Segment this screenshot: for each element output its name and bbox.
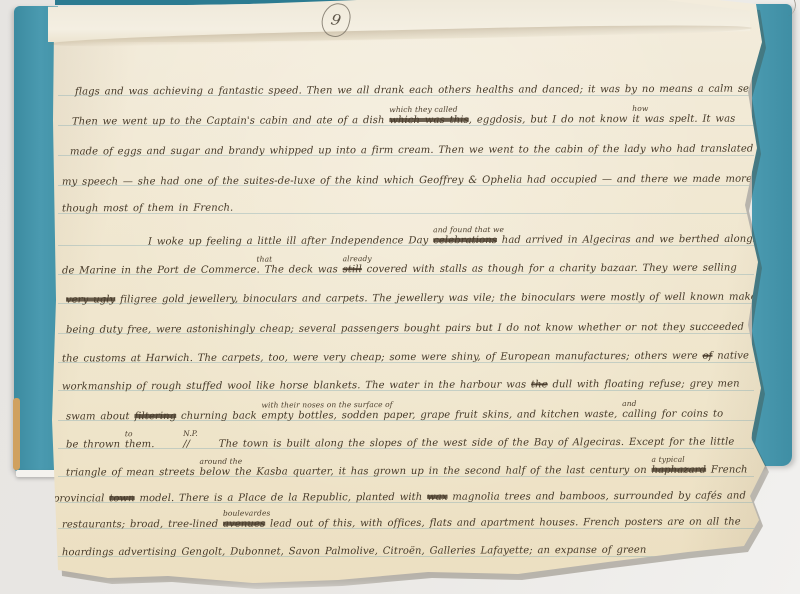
handwriting-segment: be thrown: [66, 439, 125, 450]
strikethrough-text: town: [109, 493, 135, 504]
inline-insertion: already: [343, 255, 372, 263]
handwriting-segment: stillalready: [343, 264, 362, 275]
handwriting-segment: //N.P.: [183, 439, 190, 450]
handwriting-segment: provincial: [53, 493, 109, 504]
handwritten-text: I woke up feeling a little ill after Ind…: [148, 235, 433, 247]
manuscript-line: swam about filtering churning back empty…: [66, 407, 723, 425]
handwriting-segment: , eggdosis, but I do not know: [469, 114, 633, 126]
handwritten-text: dull with floating refuse; grey men: [548, 379, 740, 391]
handwriting-segment: flags and was achieving a fantastic spee…: [75, 84, 758, 98]
manuscript-line: I woke up feeling a little ill after Ind…: [148, 232, 800, 250]
handwriting-segment: churning back: [176, 411, 261, 422]
manuscript-line: provincial town model. There is a Place …: [53, 488, 746, 506]
manuscript-line: workmanship of rough stuffed wool like h…: [62, 377, 740, 395]
handwriting-segment: them.to: [125, 439, 155, 450]
inline-insertion: and: [622, 400, 636, 408]
manuscript-line: my speech — she had one of the suites-de…: [62, 171, 800, 189]
handwritten-text: filigree gold jewellery, binoculars and …: [115, 291, 791, 305]
strikethrough-text: filtering: [134, 411, 176, 422]
handwriting-segment: Then we went up to the Captain's cabin a…: [72, 115, 389, 127]
manuscript-line: being duty free, were astonishingly chea…: [66, 319, 800, 337]
handwriting-segment: workmanship of rough stuffed wool like h…: [62, 379, 531, 392]
handwriting-segment: de Marine in the Port de Commerce: [62, 265, 257, 277]
photograph-of-manuscript-page: flags and was achieving a fantastic spee…: [0, 0, 800, 594]
inline-insertion: to: [125, 430, 133, 438]
handwriting-segment: . that: [257, 265, 265, 276]
handwritten-text: magnolia trees and bamboos, surrounded b…: [448, 490, 746, 502]
strikethrough-text: wax: [427, 492, 448, 503]
handwritten-text: was spelt. It was: [640, 114, 736, 125]
manuscript-line: be thrown them.to //N.P. The town is bui…: [66, 435, 734, 453]
handwriting-segment: ithow: [632, 114, 639, 125]
handwritten-text: hoardings advertising Gengolt, Dubonnet,…: [62, 545, 646, 559]
cover-board-white-edge: [16, 470, 58, 477]
handwritten-text: the customs at Harwich. The carpets, too…: [62, 351, 703, 365]
handwriting-segment: dull with floating refuse; grey men: [548, 379, 740, 391]
cover-board-tan-edge: [13, 398, 20, 470]
strikethrough-text: haphazard: [652, 465, 707, 476]
handwritten-text: empty bottles, sodden paper, grape fruit…: [261, 409, 617, 422]
handwriting-segment: haphazarda typical: [652, 465, 707, 476]
handwriting-segment: The deck was: [265, 264, 343, 275]
strikethrough-text: which was this: [389, 115, 469, 126]
handwritten-text: below: [200, 467, 231, 478]
page-number: 9: [329, 10, 342, 30]
handwriting-segment: swam about: [66, 411, 134, 422]
strikethrough-text: the: [531, 379, 548, 390]
handwriting-segment: [154, 439, 183, 450]
handwritten-text: .: [257, 265, 265, 276]
inline-insertion: and found that we: [433, 226, 504, 234]
handwritten-text: the Kasba quarter, it has grown up in th…: [230, 465, 651, 478]
handwritten-text: though most of them in French.: [62, 203, 233, 215]
handwritten-text: restaurants; broad, tree-lined: [62, 519, 223, 531]
handwritten-text: flags and was achieving a fantastic spee…: [75, 84, 758, 98]
strikethrough-text: very ugly: [66, 294, 115, 305]
handwritten-text: French: [706, 465, 748, 476]
handwritten-text: , eggdosis, but I do not know: [469, 114, 633, 126]
handwritten-text: churning back: [176, 411, 261, 422]
manuscript-line: very ugly filigree gold jewellery, binoc…: [66, 289, 791, 307]
handwritten-text: triangle of mean streets: [66, 467, 200, 479]
handwritten-text: de Marine in the Port de Commerce: [62, 265, 257, 277]
handwriting-segment: restaurants; broad, tree-lined: [62, 519, 223, 531]
handwriting-segment: though most of them in French.: [62, 203, 233, 215]
handwriting-segment: made of eggs and sugar and brandy whippe…: [70, 144, 753, 158]
handwriting-segment: I woke up feeling a little ill after Ind…: [148, 235, 433, 247]
handwriting-segment: lead out of this, with offices, flats an…: [265, 517, 741, 530]
strikethrough-text: still: [343, 264, 362, 275]
inline-insertion: around the: [200, 458, 243, 466]
handwriting-segment: of: [703, 351, 713, 362]
manuscript-line: Then we went up to the Captain's cabin a…: [72, 112, 735, 130]
inline-insertion: boulevardes: [223, 510, 271, 518]
handwriting-segment: very ugly: [66, 294, 115, 305]
manuscript-line: made of eggs and sugar and brandy whippe…: [70, 142, 753, 160]
handwritten-text: my speech — she had one of the suites-de…: [62, 173, 800, 187]
handwriting-segment: was spelt. It was: [640, 114, 736, 125]
handwriting-segment: hoardings advertising Gengolt, Dubonnet,…: [62, 545, 646, 559]
manuscript-line: triangle of mean streets belowaround the…: [66, 463, 748, 481]
handwritten-text: them.: [125, 439, 155, 450]
manuscript-line: the customs at Harwich. The carpets, too…: [62, 349, 749, 367]
handwriting-segment: being duty free, were astonishingly chea…: [66, 321, 800, 335]
inline-insertion: with their noses on the surface of: [261, 401, 392, 410]
handwriting-segment: celebrationsand found that we: [433, 235, 497, 246]
handwritten-text: Then we went up to the Captain's cabin a…: [72, 115, 389, 127]
handwriting-segment: triangle of mean streets: [66, 467, 200, 479]
handwritten-text: //: [183, 439, 190, 450]
manuscript-line: hoardings advertising Gengolt, Dubonnet,…: [62, 543, 646, 561]
manuscript-line: flags and was achieving a fantastic spee…: [75, 82, 758, 100]
handwritten-text: made of eggs and sugar and brandy whippe…: [70, 144, 753, 158]
inline-insertion: that: [257, 256, 273, 264]
handwriting-segment: French: [706, 465, 748, 476]
inline-insertion: how: [632, 105, 648, 113]
handwritten-text: swam about: [66, 411, 134, 422]
handwriting-segment: avenuesboulevardes: [223, 519, 265, 530]
handwriting-segment: filtering: [134, 411, 176, 422]
handwritten-text: The deck was: [265, 264, 343, 275]
strikethrough-text: celebrations: [433, 235, 497, 246]
handwriting-segment: wax: [427, 492, 448, 503]
inline-insertion: a typical: [651, 456, 684, 464]
manuscript-line: restaurants; broad, tree-lined avenuesbo…: [62, 515, 741, 533]
handwriting-segment: my speech — she had one of the suites-de…: [62, 173, 800, 187]
handwritten-text: provincial: [53, 493, 109, 504]
handwriting-segment: empty bottles, sodden paper, grape fruit…: [261, 409, 617, 422]
handwriting-segment: the Kasba quarter, it has grown up in th…: [230, 465, 651, 478]
handwriting-segment: the: [531, 379, 548, 390]
handwriting-segment: model. There is a Place de la Republic, …: [135, 492, 427, 504]
book-cover-left-board: [14, 6, 58, 472]
handwriting-segment: town: [109, 493, 135, 504]
handwritten-text: [154, 439, 183, 450]
manuscript-line: de Marine in the Port de Commerce. thatT…: [62, 261, 737, 279]
handwriting-segment: belowaround the: [200, 467, 231, 478]
handwriting-segment: filigree gold jewellery, binoculars and …: [115, 291, 791, 305]
handwriting-segment: which was thiswhich they called: [389, 115, 469, 126]
page-paper: flags and was achieving a fantastic spee…: [48, 0, 772, 584]
handwritten-text: it: [632, 114, 639, 125]
handwritten-text: be thrown: [66, 439, 125, 450]
handwriting-segment: magnolia trees and bamboos, surrounded b…: [448, 490, 746, 502]
handwritten-text: The town is built along the slopes of th…: [190, 437, 734, 450]
handwritten-text: covered with stalls as though for a char…: [362, 263, 737, 276]
inline-insertion: N.P.: [183, 430, 198, 438]
handwriting-segment: calling for coins toand: [622, 409, 723, 420]
handwriting-segment: The town is built along the slopes of th…: [190, 437, 734, 450]
manuscript-line: though most of them in French.: [62, 201, 233, 217]
strikethrough-text: of: [703, 351, 713, 362]
handwritten-text: calling for coins to: [622, 409, 723, 420]
handwritten-text: being duty free, were astonishingly chea…: [66, 321, 800, 335]
handwriting-segment: covered with stalls as though for a char…: [362, 263, 737, 276]
handwritten-text: model. There is a Place de la Republic, …: [135, 492, 427, 504]
handwriting-segment: the customs at Harwich. The carpets, too…: [62, 351, 703, 365]
handwritten-text: lead out of this, with offices, flats an…: [265, 517, 741, 530]
handwriting-segment: native: [712, 351, 749, 362]
handwritten-text: workmanship of rough stuffed wool like h…: [62, 379, 531, 392]
handwritten-text: native: [712, 351, 749, 362]
strikethrough-text: avenues: [223, 519, 265, 530]
inline-insertion: which they called: [389, 106, 457, 114]
